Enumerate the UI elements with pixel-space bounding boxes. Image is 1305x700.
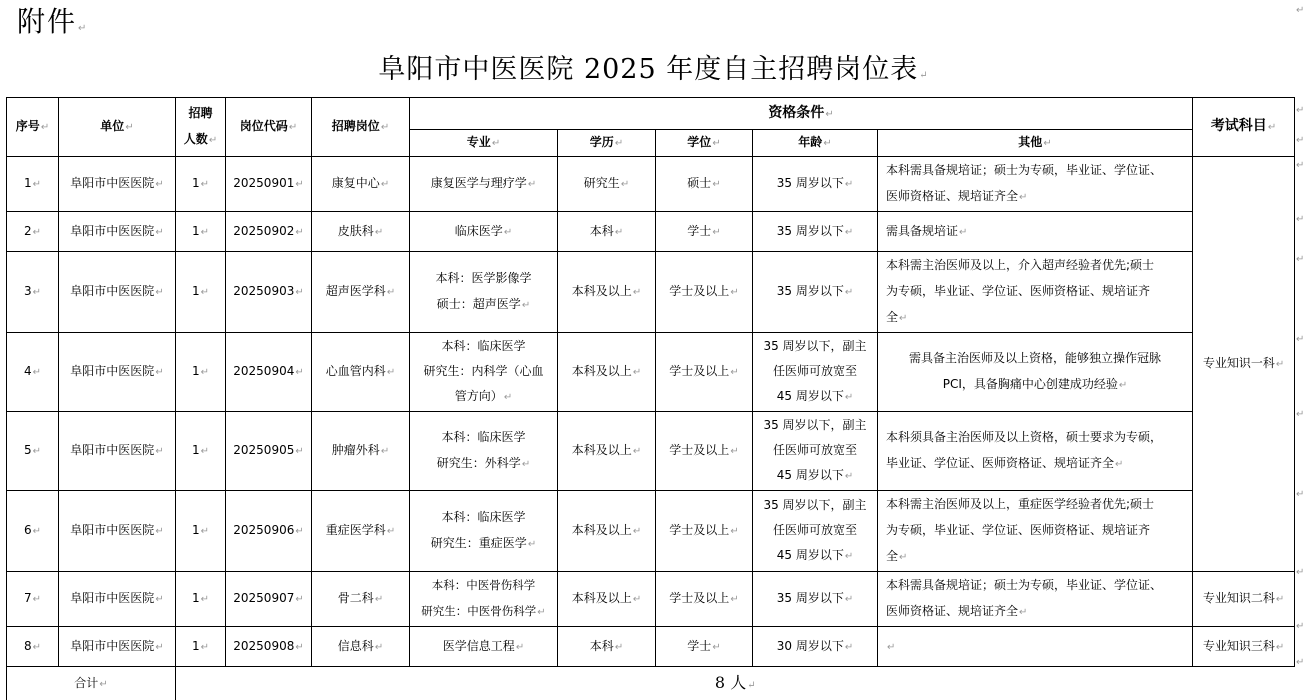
cell-education: 本科及以上↵: [558, 333, 656, 412]
cell-education: 本科及以上↵: [558, 491, 656, 572]
paragraph-mark-icon: ↵: [78, 23, 88, 34]
cell-count: 1↵: [176, 212, 226, 252]
cell-code: 20250904↵: [226, 333, 312, 412]
cell-unit: 阜阳市中医医院↵: [59, 212, 176, 252]
cell-major: 医学信息工程↵: [410, 627, 558, 667]
paragraph-marks-margin: ↵ ↵ ↵ ↵ ↵ ↵ ↵ ↵ ↵ ↵ ↵ ↵: [1296, 0, 1305, 700]
cell-count: 1↵: [176, 627, 226, 667]
cell-position: 皮肤科↵: [312, 212, 410, 252]
cell-other: 本科需主治医师及以上，重症医学经验者优先;硕士为专硕，毕业证、学位证、医师资格证…: [878, 491, 1193, 572]
paragraph-mark-icon: ↵: [1296, 215, 1304, 225]
cell-other: 本科须具备主治医师及以上资格，硕士要求为专硕，毕业证、学位证、医师资格证、规培证…: [878, 412, 1193, 491]
cell-education: 本科及以上↵: [558, 252, 656, 333]
cell-exam-group2: 专业知识二科↵: [1193, 572, 1295, 627]
header-major: 专业↵: [410, 130, 558, 157]
header-count: 招聘人数↵: [176, 98, 226, 157]
table-row: 7↵ 阜阳市中医医院↵ 1↵ 20250907↵ 骨二科↵ 本科：中医骨伤科学研…: [7, 572, 1295, 627]
cell-major: 本科：临床医学研究生：外科学↵: [410, 412, 558, 491]
cell-code: 20250907↵: [226, 572, 312, 627]
cell-other: 本科需具备规培证；硕士为专硕，毕业证、学位证、医师资格证、规培证齐全↵: [878, 572, 1193, 627]
cell-degree: 学士及以上↵: [656, 491, 753, 572]
cell-major: 康复医学与理疗学↵: [410, 157, 558, 212]
cell-seq: 5↵: [7, 412, 59, 491]
cell-education: 本科↵: [558, 212, 656, 252]
cell-age: 35 周岁以下↵: [753, 572, 878, 627]
cell-unit: 阜阳市中医医院↵: [59, 412, 176, 491]
cell-degree: 学士及以上↵: [656, 572, 753, 627]
cell-age: 35 周岁以下↵: [753, 157, 878, 212]
cell-unit: 阜阳市中医医院↵: [59, 157, 176, 212]
cell-count: 1↵: [176, 157, 226, 212]
cell-count: 1↵: [176, 252, 226, 333]
header-position: 招聘岗位↵: [312, 98, 410, 157]
cell-other: 本科需具备规培证；硕士为专硕，毕业证、学位证、医师资格证、规培证齐全↵: [878, 157, 1193, 212]
header-code: 岗位代码↵: [226, 98, 312, 157]
cell-position: 肿瘤外科↵: [312, 412, 410, 491]
cell-seq: 8↵: [7, 627, 59, 667]
cell-code: 20250901↵: [226, 157, 312, 212]
paragraph-mark-icon: ↵: [1296, 622, 1304, 632]
paragraph-mark-icon: ↵: [1296, 410, 1304, 420]
attachment-label: 附件↵: [17, 4, 88, 47]
cell-unit: 阜阳市中医医院↵: [59, 491, 176, 572]
table-row: 2↵ 阜阳市中医医院↵ 1↵ 20250902↵ 皮肤科↵ 临床医学↵ 本科↵ …: [7, 212, 1295, 252]
cell-age: 30 周岁以下↵: [753, 627, 878, 667]
cell-position: 康复中心↵: [312, 157, 410, 212]
header-qualifications: 资格条件↵: [410, 98, 1193, 130]
cell-degree: 学士↵: [656, 627, 753, 667]
cell-education: 研究生↵: [558, 157, 656, 212]
cell-degree: 学士及以上↵: [656, 252, 753, 333]
header-row-1: 序号↵ 单位↵ 招聘人数↵ 岗位代码↵ 招聘岗位↵ 资格条件↵ 考试科目↵: [7, 98, 1295, 130]
header-seq: 序号↵: [7, 98, 59, 157]
cell-other: 本科需主治医师及以上，介入超声经验者优先;硕士为专硕，毕业证、学位证、医师资格证…: [878, 252, 1193, 333]
cell-code: 20250902↵: [226, 212, 312, 252]
header-degree: 学位↵: [656, 130, 753, 157]
cell-seq: 3↵: [7, 252, 59, 333]
cell-seq: 4↵: [7, 333, 59, 412]
cell-age: 35 周岁以下，副主任医师可放宽至45 周岁以下↵: [753, 412, 878, 491]
cell-count: 1↵: [176, 333, 226, 412]
paragraph-mark-icon: ↵: [1296, 106, 1304, 116]
total-label: 合计↵: [7, 667, 176, 700]
paragraph-mark-icon: ↵: [1296, 490, 1304, 500]
cell-position: 骨二科↵: [312, 572, 410, 627]
cell-code: 20250903↵: [226, 252, 312, 333]
positions-table: 序号↵ 单位↵ 招聘人数↵ 岗位代码↵ 招聘岗位↵ 资格条件↵ 考试科目↵ 专业…: [6, 97, 1295, 700]
total-value: 8 人↵: [176, 667, 1295, 700]
cell-unit: 阜阳市中医医院↵: [59, 627, 176, 667]
cell-exam-group1: 专业知识一科↵: [1193, 157, 1295, 572]
cell-education: 本科及以上↵: [558, 412, 656, 491]
table-row: 4↵ 阜阳市中医医院↵ 1↵ 20250904↵ 心血管内科↵ 本科：临床医学研…: [7, 333, 1295, 412]
cell-other: 需具备主治医师及以上资格，能够独立操作冠脉PCI，具备胸痛中心创建成功经验↵: [878, 333, 1193, 412]
cell-degree: 学士及以上↵: [656, 333, 753, 412]
paragraph-mark-icon: ↵: [1296, 568, 1304, 578]
cell-code: 20250905↵: [226, 412, 312, 491]
paragraph-mark-icon: ↵: [1296, 136, 1304, 146]
cell-unit: 阜阳市中医医院↵: [59, 252, 176, 333]
table-row: 3↵ 阜阳市中医医院↵ 1↵ 20250903↵ 超声医学科↵ 本科：医学影像学…: [7, 252, 1295, 333]
cell-age: 35 周岁以下，副主任医师可放宽至45 周岁以下↵: [753, 333, 878, 412]
table-row: 6↵ 阜阳市中医医院↵ 1↵ 20250906↵ 重症医学科↵ 本科：临床医学研…: [7, 491, 1295, 572]
paragraph-mark-icon: ↵: [1296, 335, 1304, 345]
cell-seq: 2↵: [7, 212, 59, 252]
cell-code: 20250908↵: [226, 627, 312, 667]
paragraph-mark-icon: ↵: [1296, 161, 1304, 171]
cell-position: 超声医学科↵: [312, 252, 410, 333]
cell-degree: 学士及以上↵: [656, 412, 753, 491]
cell-education: 本科↵: [558, 627, 656, 667]
cell-other: ↵: [878, 627, 1193, 667]
paragraph-mark-icon: ↵: [1296, 255, 1304, 265]
header-exam: 考试科目↵: [1193, 98, 1295, 157]
cell-major: 本科：中医骨伤科学研究生：中医骨伤科学↵: [410, 572, 558, 627]
cell-other: 需具备规培证↵: [878, 212, 1193, 252]
cell-count: 1↵: [176, 412, 226, 491]
table-row: 5↵ 阜阳市中医医院↵ 1↵ 20250905↵ 肿瘤外科↵ 本科：临床医学研究…: [7, 412, 1295, 491]
cell-age: 35 周岁以下↵: [753, 252, 878, 333]
cell-position: 心血管内科↵: [312, 333, 410, 412]
header-education: 学历↵: [558, 130, 656, 157]
cell-degree: 学士↵: [656, 212, 753, 252]
table-row: 1↵ 阜阳市中医医院↵ 1↵ 20250901↵ 康复中心↵ 康复医学与理疗学↵…: [7, 157, 1295, 212]
header-age: 年龄↵: [753, 130, 878, 157]
cell-code: 20250906↵: [226, 491, 312, 572]
cell-unit: 阜阳市中医医院↵: [59, 572, 176, 627]
table-row: 8↵ 阜阳市中医医院↵ 1↵ 20250908↵ 信息科↵ 医学信息工程↵ 本科…: [7, 627, 1295, 667]
cell-position: 信息科↵: [312, 627, 410, 667]
cell-major: 临床医学↵: [410, 212, 558, 252]
cell-position: 重症医学科↵: [312, 491, 410, 572]
cell-education: 本科及以上↵: [558, 572, 656, 627]
cell-seq: 1↵: [7, 157, 59, 212]
paragraph-mark-icon: ↵: [1296, 6, 1304, 16]
cell-age: 35 周岁以下↵: [753, 212, 878, 252]
cell-count: 1↵: [176, 572, 226, 627]
paragraph-mark-icon: ↵: [919, 70, 928, 81]
cell-major: 本科：临床医学研究生：重症医学↵: [410, 491, 558, 572]
cell-degree: 硕士↵: [656, 157, 753, 212]
cell-unit: 阜阳市中医医院↵: [59, 333, 176, 412]
total-row: 合计↵ 8 人↵: [7, 667, 1295, 700]
cell-seq: 6↵: [7, 491, 59, 572]
cell-age: 35 周岁以下，副主任医师可放宽至45 周岁以下↵: [753, 491, 878, 572]
header-unit: 单位↵: [59, 98, 176, 157]
cell-exam-group3: 专业知识三科↵: [1193, 627, 1295, 667]
document-title: 阜阳市中医医院 2025 年度自主招聘岗位表↵: [0, 50, 1305, 96]
header-other: 其他↵: [878, 130, 1193, 157]
cell-seq: 7↵: [7, 572, 59, 627]
cell-major: 本科：医学影像学硕士：超声医学↵: [410, 252, 558, 333]
cell-major: 本科：临床医学研究生：内科学（心血管方向）↵: [410, 333, 558, 412]
paragraph-mark-icon: ↵: [1296, 658, 1304, 668]
cell-count: 1↵: [176, 491, 226, 572]
